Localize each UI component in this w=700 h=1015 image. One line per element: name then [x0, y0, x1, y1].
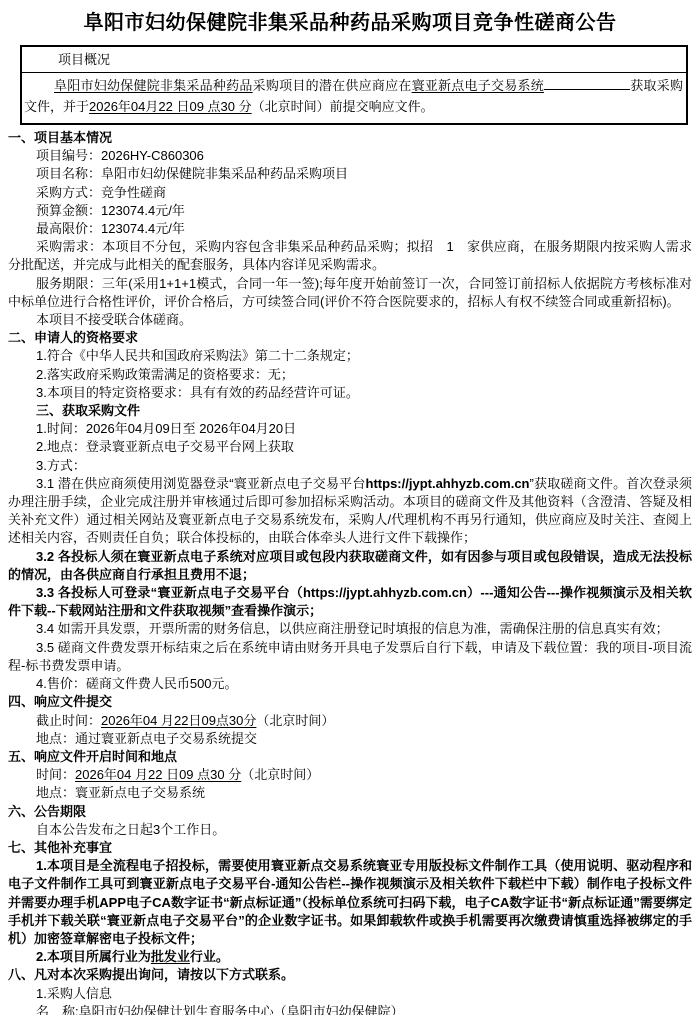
text-segment: 3.5 磋商文件费发票开标结束之后在系统申请由财务开具电子发票后自行下载，申请及…	[8, 640, 692, 673]
paragraph: 2.本项目所属行业为批发业行业。	[8, 948, 692, 966]
paragraph: 1.时间：2026年04月09日至 2026年04月20日	[8, 420, 692, 438]
paragraph: 服务期限：三年(采用1+1+1模式，合同一年一签);每年度开始前签订一次，合同签…	[8, 275, 692, 311]
text-segment: 1.时间：2026年04月09日至 2026年04月20日	[36, 421, 296, 436]
text-segment: 2026年04月22 日09 点30 分	[89, 99, 252, 114]
text-segment: 批发业	[151, 949, 190, 964]
text-segment: 六、公告期限	[8, 804, 86, 819]
text-segment: 1.本项目是全流程电子招投标，需要使用寰亚新点交易系统寰亚专用版投标文件制作工具…	[8, 858, 692, 946]
text-segment: （北京时间）	[241, 767, 319, 782]
overview-paragraph: 阜阳市妇幼保健院非集采品种药品采购项目的潜在供应商应在寰亚新点电子交易系统获取采…	[22, 73, 686, 123]
paragraph: 1.符合《中华人民共和国政府采购法》第二十二条规定；	[8, 347, 692, 365]
paragraph: 4.售价：磋商文件费人民币500元。	[8, 675, 692, 693]
text-segment: 1.采购人信息	[36, 986, 112, 1001]
text-segment: （北京时间）	[256, 713, 334, 728]
blank-underline-fill	[544, 77, 630, 90]
text-segment: 项目名称：阜阳市妇幼保健院非集采品种药品采购项目	[36, 166, 348, 181]
text-segment: 预算金额：123074.4元/年	[36, 203, 185, 218]
paragraph: 地点：通过寰亚新点电子交易系统提交	[8, 730, 692, 748]
text-segment: 一、项目基本情况	[8, 130, 112, 145]
paragraph: 3.4 如需开具发票，开票所需的财务信息，以供应商注册登记时填报的信息为准，需确…	[8, 620, 692, 638]
text-segment: 采购项目的潜在供应商应在	[253, 78, 412, 93]
text-segment: 寰亚新点电子交易系统	[412, 78, 544, 93]
text-segment: 最高限价：123074.4元/年	[36, 221, 185, 236]
section-heading: 一、项目基本情况	[8, 129, 692, 147]
paragraph: 项目编号：2026HY-C860306	[8, 147, 692, 165]
overview-header-label: 项目概况	[22, 47, 686, 73]
paragraph: 项目名称：阜阳市妇幼保健院非集采品种药品采购项目	[8, 165, 692, 183]
text-segment: 项目编号：2026HY-C860306	[36, 148, 204, 163]
section-heading: 三、获取采购文件	[8, 402, 692, 420]
paragraph: 本项目不接受联合体磋商。	[8, 311, 692, 329]
paragraph: 1.本项目是全流程电子招投标，需要使用寰亚新点交易系统寰亚专用版投标文件制作工具…	[8, 857, 692, 948]
text-segment: 八、凡对本次采购提出询问，请按以下方式联系。	[8, 967, 294, 982]
text-segment: 3.2 各投标人须在寰亚新点电子系统对应项目或包段内获取磋商文件，如有因参与项目…	[8, 549, 692, 582]
text-segment: 3.本项目的特定资格要求：具有有效的药品经营许可证。	[36, 385, 359, 400]
project-overview-box: 项目概况 阜阳市妇幼保健院非集采品种药品采购项目的潜在供应商应在寰亚新点电子交易…	[20, 45, 688, 125]
text-segment: 4.售价：磋商文件费人民币500元。	[36, 676, 238, 691]
section-heading: 八、凡对本次采购提出询问，请按以下方式联系。	[8, 966, 692, 984]
paragraph: 3.3 各投标人可登录“寰亚新点电子交易平台（https://jypt.ahhy…	[8, 584, 692, 620]
text-segment: 2026年04 月22日09点30分	[101, 713, 256, 728]
paragraph: 2.落实政府采购政策需满足的资格要求：无；	[8, 366, 692, 384]
text-segment: 2.本项目所属行业为	[36, 949, 151, 964]
section-heading: 二、申请人的资格要求	[8, 329, 692, 347]
paragraph: 1.采购人信息	[8, 985, 692, 1003]
text-segment: 3.3 各投标人可登录“寰亚新点电子交易平台（https://jypt.ahhy…	[8, 585, 692, 618]
text-segment: 二、申请人的资格要求	[8, 330, 138, 345]
text-segment: 四、响应文件提交	[8, 694, 112, 709]
document-title: 阜阳市妇幼保健院非集采品种药品采购项目竞争性磋商公告	[8, 10, 692, 37]
paragraph: 截止时间：2026年04 月22日09点30分（北京时间）	[8, 712, 692, 730]
text-segment: 七、其他补充事宜	[8, 840, 112, 855]
text-segment: 三、获取采购文件	[36, 403, 140, 418]
text-segment: 采购需求：本项目不分包，采购内容包含非集采品种药品采购；拟招 1 家供应商，在服…	[8, 239, 692, 272]
text-segment: 2.落实政府采购政策需满足的资格要求：无；	[36, 367, 294, 382]
text-segment: 2026年04 月22 日09 点30 分	[75, 767, 241, 782]
text-segment: （北京时间）前提交响应文件。	[252, 99, 434, 114]
text-segment: 采购方式：竞争性磋商	[36, 185, 166, 200]
paragraph: 最高限价：123074.4元/年	[8, 220, 692, 238]
text-segment: 行业。	[190, 949, 229, 964]
paragraph: 3.方式：	[8, 457, 692, 475]
paragraph: 名 称:阜阳市妇幼保健计划生育服务中心（阜阳市妇幼保健院）	[8, 1003, 692, 1015]
paragraph: 时间：2026年04 月22 日09 点30 分（北京时间）	[8, 766, 692, 784]
text-segment: 五、响应文件开启时间和地点	[8, 749, 177, 764]
text-segment: 3.4 如需开具发票，开票所需的财务信息，以供应商注册登记时填报的信息为准，需确…	[36, 621, 669, 636]
paragraph: 3.5 磋商文件费发票开标结束之后在系统申请由财务开具电子发票后自行下载，申请及…	[8, 639, 692, 675]
text-segment: 2.地点：登录寰亚新点电子交易平台网上获取	[36, 439, 294, 454]
section-heading: 六、公告期限	[8, 803, 692, 821]
text-segment: 自本公告发布之日起3个工作日。	[36, 822, 225, 837]
text-segment: 服务期限：三年(采用1+1+1模式，合同一年一签);每年度开始前签订一次，合同签…	[8, 276, 692, 309]
section-heading: 五、响应文件开启时间和地点	[8, 748, 692, 766]
text-segment: 地点：寰亚新点电子交易系统	[36, 785, 205, 800]
text-segment: 1.符合《中华人民共和国政府采购法》第二十二条规定；	[36, 348, 359, 363]
paragraph: 3.1 潜在供应商须使用浏览器登录“寰亚新点电子交易平台https://jypt…	[8, 475, 692, 548]
paragraph: 自本公告发布之日起3个工作日。	[8, 821, 692, 839]
text-segment: 名 称:阜阳市妇幼保健计划生育服务中心（阜阳市妇幼保健院）	[36, 1004, 404, 1015]
document-body: 一、项目基本情况项目编号：2026HY-C860306项目名称：阜阳市妇幼保健院…	[8, 129, 692, 1015]
text-segment: 阜阳市妇幼保健院非集采品种药品	[54, 78, 253, 93]
text-segment: 地点：通过寰亚新点电子交易系统提交	[36, 731, 257, 746]
document-page: 阜阳市妇幼保健院非集采品种药品采购项目竞争性磋商公告 项目概况 阜阳市妇幼保健院…	[0, 0, 700, 1015]
paragraph: 3.本项目的特定资格要求：具有有效的药品经营许可证。	[8, 384, 692, 402]
text-segment: 本项目不接受联合体磋商。	[36, 312, 192, 327]
text-segment: 3.1 潜在供应商须使用浏览器登录“寰亚新点电子交易平台	[36, 476, 366, 491]
section-heading: 七、其他补充事宜	[8, 839, 692, 857]
paragraph: 3.2 各投标人须在寰亚新点电子系统对应项目或包段内获取磋商文件，如有因参与项目…	[8, 548, 692, 584]
paragraph: 地点：寰亚新点电子交易系统	[8, 784, 692, 802]
paragraph: 2.地点：登录寰亚新点电子交易平台网上获取	[8, 438, 692, 456]
paragraph: 预算金额：123074.4元/年	[8, 202, 692, 220]
text-segment: 3.方式：	[36, 458, 86, 473]
text-segment: 截止时间：	[36, 713, 101, 728]
paragraph: 采购需求：本项目不分包，采购内容包含非集采品种药品采购；拟招 1 家供应商，在服…	[8, 238, 692, 274]
section-heading: 四、响应文件提交	[8, 693, 692, 711]
text-segment: https://jypt.ahhyzb.com.cn	[366, 476, 530, 491]
paragraph: 采购方式：竞争性磋商	[8, 184, 692, 202]
text-segment: 时间：	[36, 767, 75, 782]
